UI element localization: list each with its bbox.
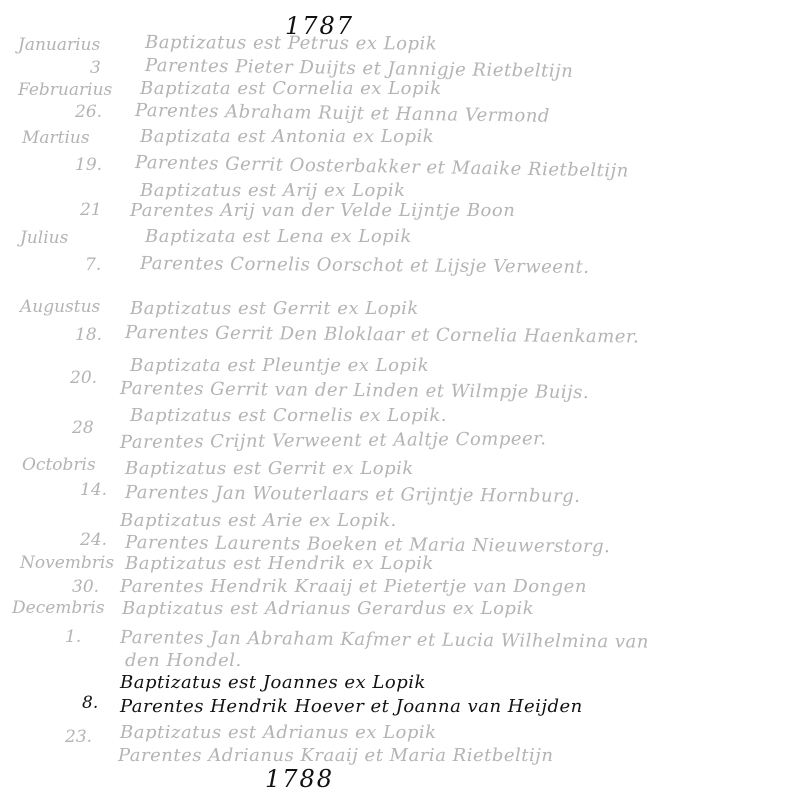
margin-day: 23. <box>65 727 92 747</box>
entry-line: Baptizata est Lena ex Lopik <box>145 226 412 247</box>
margin-day: 30. <box>72 577 99 597</box>
margin-day: 7. <box>85 255 101 275</box>
margin-day-highlighted: 8. <box>82 693 98 713</box>
entry-line: den Hondel. <box>125 650 242 671</box>
entry-line: Baptizatus est Hendrik ex Lopik <box>125 553 434 574</box>
entry-line: Baptizatus est Cornelis ex Lopik. <box>130 405 447 426</box>
margin-month-martius: Martius <box>22 128 90 148</box>
entry-line: Parentes Cornelis Oorschot et Lijsje Ver… <box>140 253 590 278</box>
margin-month-novembris: Novembris <box>20 553 114 573</box>
entry-line: Baptizatus est Adrianus Gerardus ex Lopi… <box>122 598 534 619</box>
entry-line: Baptizatus est Arie ex Lopik. <box>120 510 397 531</box>
entry-line: Parentes Arij van der Velde Lijntje Boon <box>130 200 515 221</box>
entry-line: Parentes Gerrit Den Bloklaar et Cornelia… <box>125 322 639 347</box>
entry-line: Parentes Adrianus Kraaij et Maria Rietbe… <box>118 745 553 766</box>
margin-day: 24. <box>80 530 107 550</box>
entry-line: Baptizata est Cornelia ex Lopik <box>140 78 442 99</box>
entry-line: Parentes Crijnt Verweent et Aaltje Compe… <box>120 428 547 453</box>
entry-line: Baptizata est Pleuntje ex Lopik <box>130 355 429 376</box>
entry-line: Parentes Gerrit van der Linden et Wilmpj… <box>120 378 589 403</box>
entry-line: Baptizatus est Gerrit ex Lopik <box>130 298 419 319</box>
entry-line: Baptizatus est Gerrit ex Lopik <box>125 458 414 479</box>
margin-month-decembris: Decembris <box>12 598 105 618</box>
entry-line: Baptizatus est Arij ex Lopik <box>140 180 405 201</box>
margin-day: 3 <box>90 58 101 78</box>
margin-day: 26. <box>75 102 102 122</box>
entry-line: Baptizatus est Adrianus ex Lopik <box>120 722 437 743</box>
entry-line: Parentes Gerrit Oosterbakker et Maaike R… <box>135 152 629 182</box>
entry-line: Parentes Jan Wouterlaars et Grijntje Hor… <box>125 482 581 507</box>
margin-day: 19. <box>75 155 102 175</box>
margin-month-julius: Julius <box>20 228 68 248</box>
entry-line-highlighted: Parentes Hendrik Hoever et Joanna van He… <box>120 696 583 717</box>
margin-day: 18. <box>75 325 102 345</box>
margin-day: 20. <box>70 368 97 388</box>
entry-line: Parentes Abraham Ruijt et Hanna Vermond <box>135 100 550 127</box>
margin-month-octobris: Octobris <box>22 455 96 475</box>
entry-line: Baptizata est Antonia ex Lopik <box>140 126 434 147</box>
margin-day: 1. <box>65 627 81 647</box>
margin-day: 21 <box>80 200 102 220</box>
margin-day: 28 <box>72 418 94 438</box>
margin-day: 14. <box>80 480 107 500</box>
margin-month-januarius: Januarius <box>18 35 100 55</box>
entry-line: Baptizatus est Petrus ex Lopik <box>145 32 437 55</box>
entry-line-highlighted: Baptizatus est Joannes ex Lopik <box>120 672 426 693</box>
year-heading-bottom: 1788 <box>265 765 334 793</box>
entry-line: Parentes Hendrik Kraaij et Pietertje van… <box>120 576 587 597</box>
margin-month-februarius: Februarius <box>18 80 112 100</box>
entry-line: Parentes Jan Abraham Kafmer et Lucia Wil… <box>120 627 649 653</box>
margin-month-augustus: Augustus <box>20 297 100 317</box>
register-page: 1787 Januarius Baptizatus est Petrus ex … <box>0 0 800 800</box>
